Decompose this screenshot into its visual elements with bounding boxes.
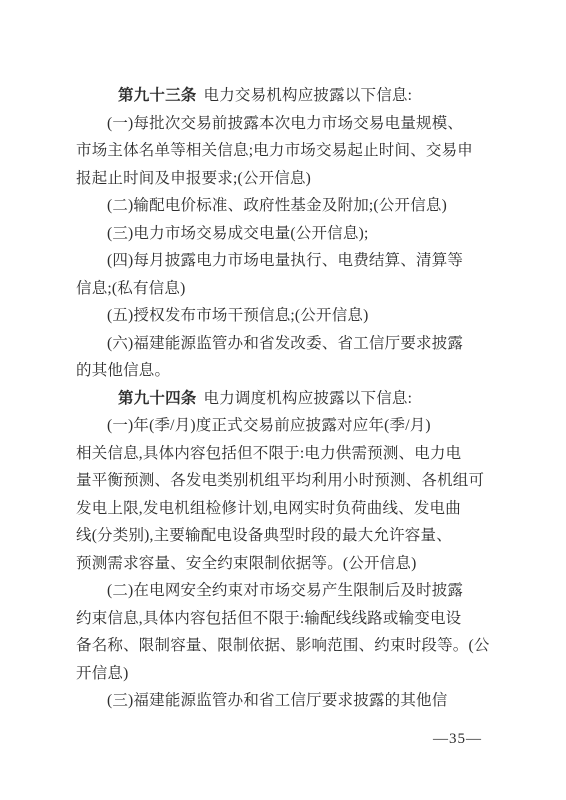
- text-line: (三)电力市场交易成交电量(公开信息);: [76, 220, 482, 248]
- text-line: (六)福建能源监管办和省发改委、省工信厅要求披露: [76, 330, 482, 358]
- text-line: 开信息): [76, 660, 482, 688]
- article-number: 第九十三条: [118, 87, 197, 104]
- text-line: (四)每月披露电力市场电量执行、电费结算、清算等: [76, 247, 482, 275]
- text-line: 预测需求容量、安全约束限制依据等。(公开信息): [76, 550, 482, 578]
- text-line: (二)输配电价标准、政府性基金及附加;(公开信息): [76, 192, 482, 220]
- text-line: 报起止时间及申报要求;(公开信息): [76, 165, 482, 193]
- text-line: 约束信息,具体内容包括但不限于:输配线线路或输变电设: [76, 605, 482, 633]
- page-number: —35—: [433, 729, 482, 749]
- article-94-heading: 第九十四条电力调度机构应披露以下信息:: [76, 385, 482, 413]
- text-line: 发电上限,发电机组检修计划,电网实时负荷曲线、发电曲: [76, 495, 482, 523]
- article-93-heading: 第九十三条电力交易机构应披露以下信息:: [76, 82, 482, 110]
- article-intro: 电力调度机构应披露以下信息:: [204, 390, 413, 407]
- text-line: 线(分类别),主要输配电设备典型时段的最大允许容量、: [76, 522, 482, 550]
- text-line: 市场主体名单等相关信息;电力市场交易起止时间、交易申: [76, 137, 482, 165]
- text-line: (三)福建能源监管办和省工信厅要求披露的其他信: [76, 687, 482, 715]
- article-intro: 电力交易机构应披露以下信息:: [204, 87, 413, 104]
- document-page: 第九十三条电力交易机构应披露以下信息: (一)每批次交易前披露本次电力市场交易电…: [0, 0, 566, 800]
- document-body: 第九十三条电力交易机构应披露以下信息: (一)每批次交易前披露本次电力市场交易电…: [76, 82, 482, 715]
- text-line: 量平衡预测、各发电类别机组平均利用小时预测、各机组可: [76, 467, 482, 495]
- text-line: (五)授权发布市场干预信息;(公开信息): [76, 302, 482, 330]
- text-line: (一)每批次交易前披露本次电力市场交易电量规模、: [76, 110, 482, 138]
- text-line: 的其他信息。: [76, 357, 482, 385]
- text-line: 相关信息,具体内容包括但不限于:电力供需预测、电力电: [76, 440, 482, 468]
- text-line: 信息;(私有信息): [76, 275, 482, 303]
- text-line: 备名称、限制容量、限制依据、影响范围、约束时段等。(公: [76, 632, 482, 660]
- article-number: 第九十四条: [118, 390, 197, 407]
- text-line: (二)在电网安全约束对市场交易产生限制后及时披露: [76, 577, 482, 605]
- text-line: (一)年(季/月)度正式交易前应披露对应年(季/月): [76, 412, 482, 440]
